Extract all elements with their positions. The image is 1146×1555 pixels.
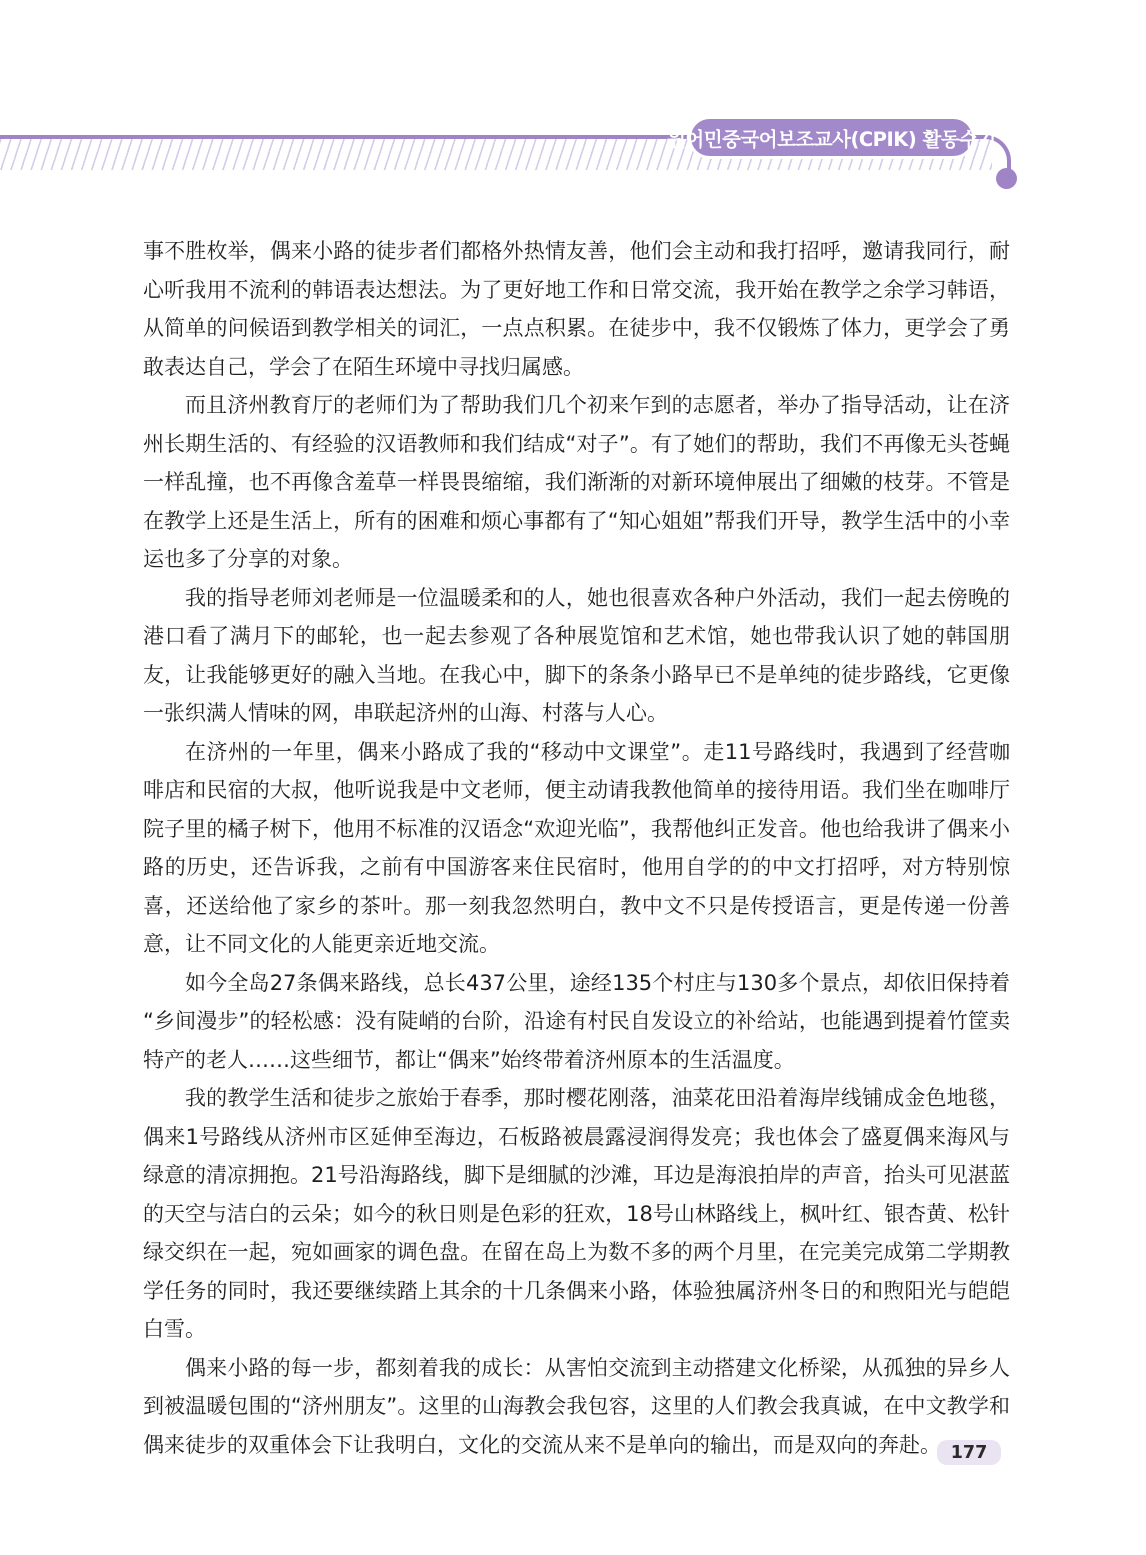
paragraph: 我的指导老师刘老师是一位温暖柔和的人，她也很喜欢各种户外活动，我们一起去傍晚的港… bbox=[143, 579, 1010, 733]
paragraph: 我的教学生活和徒步之旅始于春季，那时樱花刚落，油菜花田沿着海岸线铺成金色地毯，偶… bbox=[143, 1079, 1010, 1349]
page-number: 177 bbox=[951, 1443, 988, 1463]
article-body: 事不胜枚举，偶来小路的徒步者们都格外热情友善，他们会主动和我打招呼，邀请我同行，… bbox=[143, 232, 1010, 1464]
paragraph: 事不胜枚举，偶来小路的徒步者们都格外热情友善，他们会主动和我打招呼，邀请我同行，… bbox=[143, 232, 1010, 386]
header-connector-dot bbox=[996, 168, 1017, 189]
paragraph: 偶来小路的每一步，都刻着我的成长：从害怕交流到主动搭建文化桥梁，从孤独的异乡人到… bbox=[143, 1349, 1010, 1465]
header-banner: 원어민중국어보조교사(CPIK) 활동수기 bbox=[691, 119, 972, 156]
paragraph: 在济州的一年里，偶来小路成了我的“移动中文课堂”。走11号路线时，我遇到了经营咖… bbox=[143, 733, 1010, 964]
page-number-badge: 177 bbox=[937, 1440, 1001, 1465]
paragraph: 而且济州教育厅的老师们为了帮助我们几个初来乍到的志愿者，举办了指导活动，让在济州… bbox=[143, 386, 1010, 579]
paragraph: 如今全岛27条偶来路线，总长437公里，途经135个村庄与130多个景点，却依旧… bbox=[143, 964, 1010, 1080]
page: 원어민중국어보조교사(CPIK) 활동수기 事不胜枚举，偶来小路的徒步者们都格外… bbox=[0, 0, 1146, 1555]
header-banner-label: 원어민중국어보조교사(CPIK) 활동수기 bbox=[667, 124, 996, 152]
